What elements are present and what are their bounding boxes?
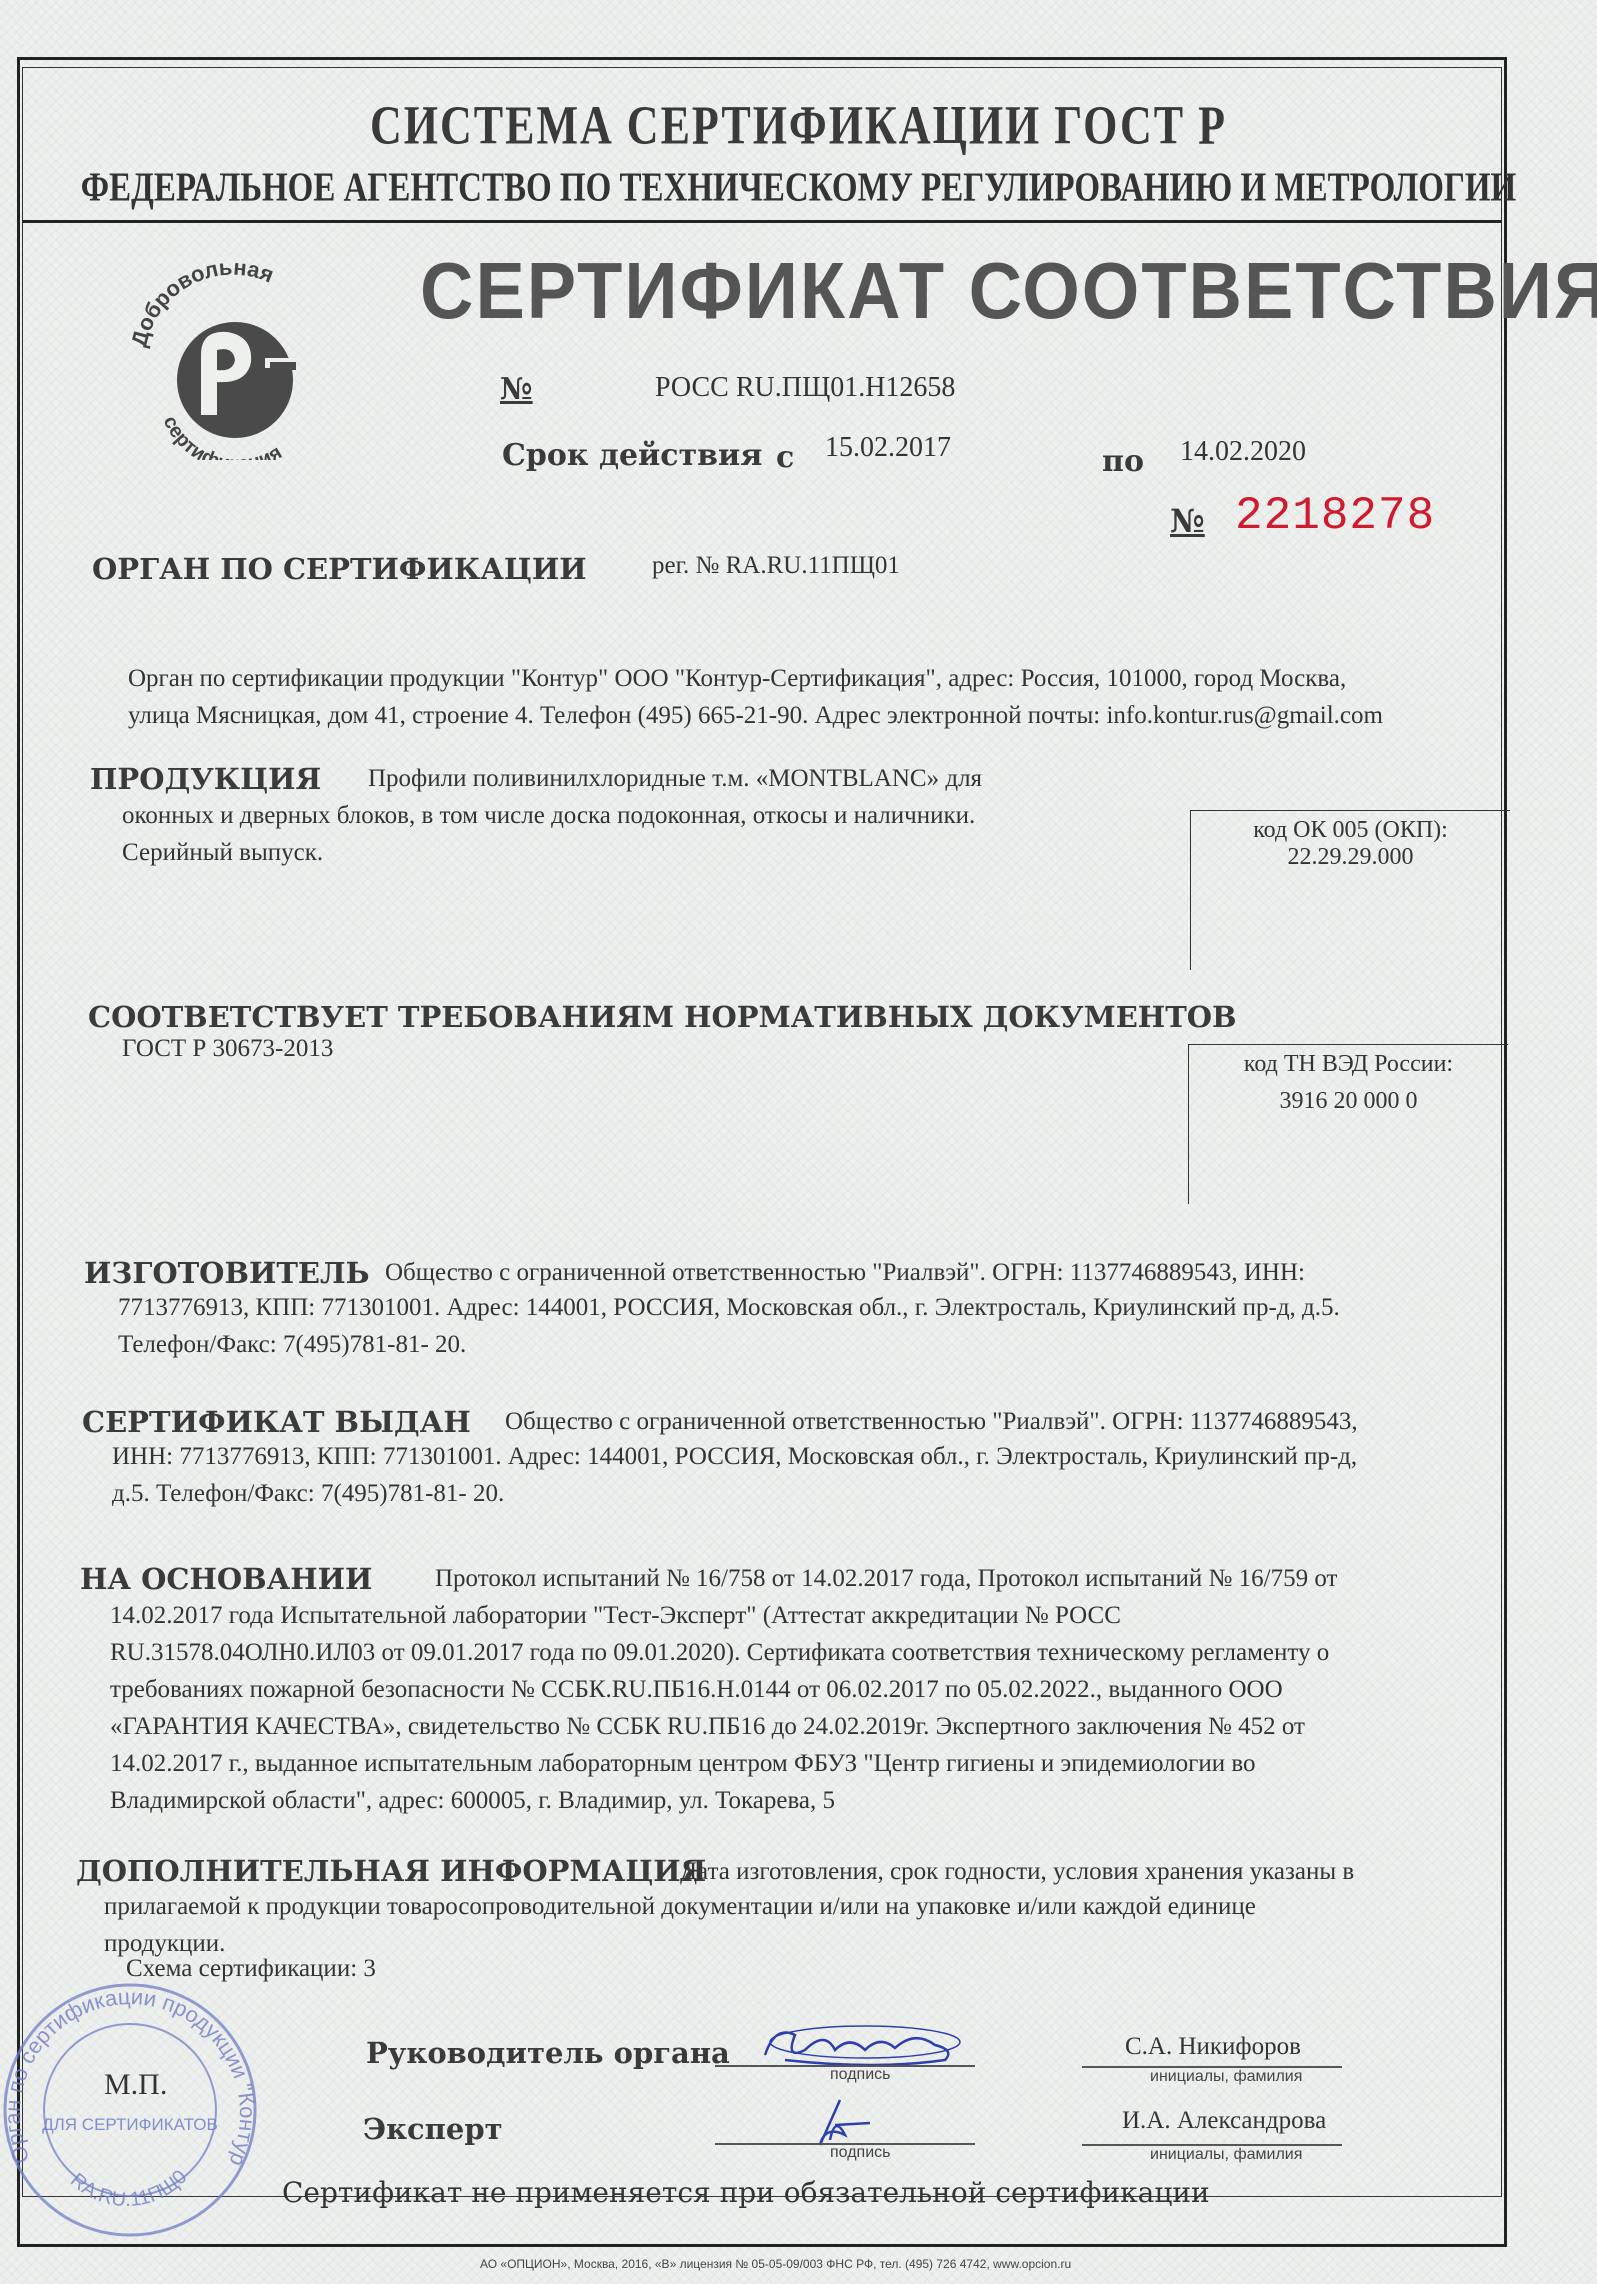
header-divider [22,220,1502,223]
printer-footer: АО «ОПЦИОН», Москва, 2016, «В» лицензия … [480,2257,1071,2271]
tnved-code: 3916 20 000 0 [1189,1088,1508,1115]
validity-from-label: с [776,440,794,475]
system-title: СИСТЕМА СЕРТИФИКАЦИИ ГОСТ Р [0,94,1597,158]
agency-name: ФЕДЕРАЛЬНОЕ АГЕНТСТВО ПО ТЕХНИЧЕСКОМУ РЕ… [0,165,1597,211]
text-line: RU.31578.04ОЛН0.ИЛ03 от 09.01.2017 года … [110,1634,1329,1671]
validity-to-label: по [1102,444,1144,479]
manufacturer-heading: ИЗГОТОВИТЕЛЬ [84,1256,370,1290]
text-line: «ГАРАНТИЯ КАЧЕСТВА», свидетельство № ССБ… [110,1708,1329,1745]
valid-to-date: 14.02.2020 [1180,436,1306,468]
certification-body-reg-number: рег. № RA.RU.11ПЩ01 [652,552,900,580]
text-line: улица Мясницкая, дом 41, строение 4. Тел… [128,697,1383,734]
expert-name-caption: инициалы, фамилия [1150,2146,1302,2164]
issued-to-line-1: Общество с ограниченной ответственностью… [505,1403,1358,1440]
tnved-code-label: код ТН ВЭД России: [1189,1051,1508,1078]
text-line: ИНН: 7713776913, КПП: 771301001. Адрес: … [112,1438,1357,1475]
disclaimer: Сертификат не применяется при обязательн… [282,2176,1210,2209]
okp-code-label: код ОК 005 (ОКП): [1191,817,1510,844]
blank-number: 2218278 [1235,490,1435,542]
conformity-heading: СООТВЕТСТВУЕТ ТРЕБОВАНИЯМ НОРМАТИВНЫХ ДО… [88,1000,1237,1034]
cert-number-label: № [500,372,533,407]
stamp-place-label: М.П. [104,2068,167,2102]
head-signature-caption: подпись [830,2066,890,2084]
expert-label: Эксперт [363,2112,503,2146]
basis-heading: НА ОСНОВАНИИ [80,1562,372,1596]
expert-signature-caption: подпись [830,2144,890,2162]
text-line: Серийный выпуск. [122,834,975,871]
okp-code-box: код ОК 005 (ОКП): 22.29.29.000 [1190,810,1510,970]
expert-signature-icon [800,2095,880,2150]
head-signature-icon [755,2020,965,2070]
svg-text:ДЛЯ СЕРТИФИКАТОВ: ДЛЯ СЕРТИФИКАТОВ [42,2115,218,2134]
head-name-caption: инициалы, фамилия [1150,2068,1302,2086]
basis-details: 14.02.2017 года Испытательной лаборатори… [110,1597,1329,1819]
cert-number: РОСС RU.ПЩ01.Н12658 [655,372,955,404]
text-line: требованиях пожарной безопасности № ССБК… [110,1671,1329,1708]
product-heading: ПРОДУКЦИЯ [90,762,321,796]
okp-code: 22.29.29.000 [1191,844,1510,871]
text-line: Владимирской области", адрес: 600005, г.… [110,1782,1329,1819]
text-line: 14.02.2017 года Испытательной лаборатори… [110,1597,1329,1634]
text-line: д.5. Телефон/Факс: 7(495)781-81- 20. [112,1475,1357,1512]
expert-name: И.А. Александрова [1122,2107,1326,2135]
additional-info-line-1: Дата изготовления, срок годности, услови… [680,1853,1354,1890]
certification-body-details: Орган по сертификации продукции "Контур"… [128,660,1383,734]
issued-to-details: ИНН: 7713776913, КПП: 771301001. Адрес: … [112,1438,1357,1512]
svg-text:Орган по сертификации продукци: Орган по сертификации продукции "Контур" [0,1960,260,2170]
certificate-title: СЕРТИФИКАТ СООТВЕТСТВИЯ [420,245,1597,337]
blank-number-label: № [1170,502,1205,540]
head-name: С.А. Никифоров [1125,2033,1301,2061]
validity-label: Срок действия [502,438,762,473]
tnved-code-box: код ТН ВЭД России: 3916 20 000 0 [1188,1044,1508,1204]
issued-to-heading: СЕРТИФИКАТ ВЫДАН [82,1405,471,1439]
text-line: Телефон/Факс: 7(495)781-81- 20. [118,1326,1340,1363]
basis-line-1: Протокол испытаний № 16/758 от 14.02.201… [435,1560,1337,1597]
certification-body-heading: ОРГАН ПО СЕРТИФИКАЦИИ [92,552,587,586]
text-line: прилагаемой к продукции товаросопроводит… [104,1888,1256,1925]
text-line: 14.02.2017 г., выданное испытательным ла… [110,1745,1329,1782]
text-line: оконных и дверных блоков, в том числе до… [122,797,975,834]
rst-logo-icon: Добровольная сертификация [105,260,355,460]
standard-reference: ГОСТ Р 30673-2013 [122,1030,333,1067]
product-description: оконных и дверных блоков, в том числе до… [122,797,975,871]
head-of-body-label: Руководитель органа [366,2036,730,2070]
manufacturer-line-1: Общество с ограниченной ответственностью… [385,1254,1305,1291]
manufacturer-details: 7713776913, КПП: 771301001. Адрес: 14400… [118,1289,1340,1363]
text-line: Орган по сертификации продукции "Контур"… [128,660,1383,697]
additional-info-heading: ДОПОЛНИТЕЛЬНАЯ ИНФОРМАЦИЯ [76,1854,706,1888]
text-line: 7713776913, КПП: 771301001. Адрес: 14400… [118,1289,1340,1326]
valid-from-date: 15.02.2017 [825,432,951,464]
product-line-1: Профили поливинилхлоридные т.м. «MONTBLA… [368,760,982,797]
